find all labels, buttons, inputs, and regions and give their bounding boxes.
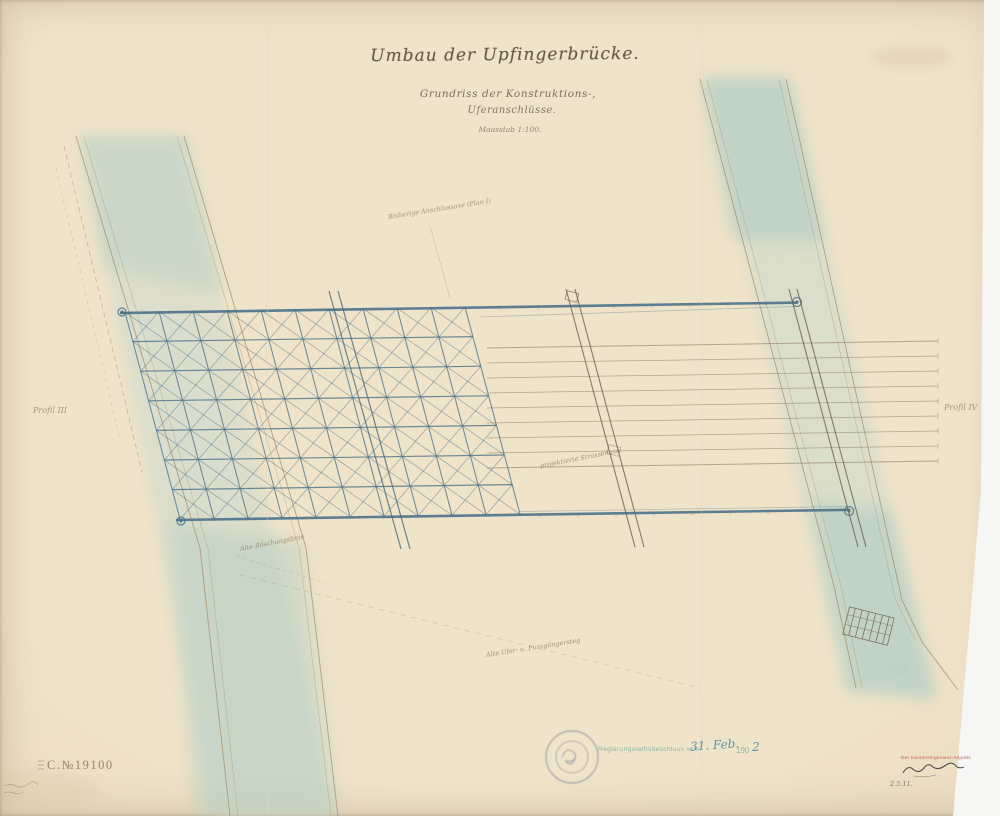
river-left (80, 136, 338, 816)
plan-drawing (0, 0, 1000, 816)
red-office-stamp: Der Kantonsingenieur-Adjunkt (901, 756, 971, 761)
page-title: Umbau der Upfingerbrücke. (370, 44, 640, 66)
signature (903, 763, 964, 777)
profile-right-label: Profil IV (944, 403, 977, 412)
corner-stain (0, 770, 100, 810)
bottom-chord (176, 510, 850, 520)
fold-crease-left (266, 0, 269, 816)
plan-number-stamp: C.№19100 (47, 758, 114, 773)
approval-year-print: 190 (736, 746, 749, 755)
scanned-plan-sheet: Umbau der Upfingerbrücke. Grundriss der … (0, 0, 1000, 816)
fold-crease-right (700, 0, 703, 816)
profile-left-label: Profil III (33, 406, 67, 415)
official-seal-stamp (546, 731, 598, 783)
subtitle-line1: Grundriss der Konstruktions-, (420, 88, 596, 100)
pencil-smudge (870, 45, 954, 69)
approval-stamp-text: Regierungsrathsbeschluss vom (598, 746, 700, 753)
stamp-prefix-marks (38, 761, 44, 769)
subtitle-line2: Uferanschlüsse. (468, 105, 557, 116)
scale-note: Maasstab 1:100. (479, 125, 542, 134)
signature-date: 2.5.11. (890, 780, 913, 788)
approval-year-hand: 2 (752, 740, 760, 754)
